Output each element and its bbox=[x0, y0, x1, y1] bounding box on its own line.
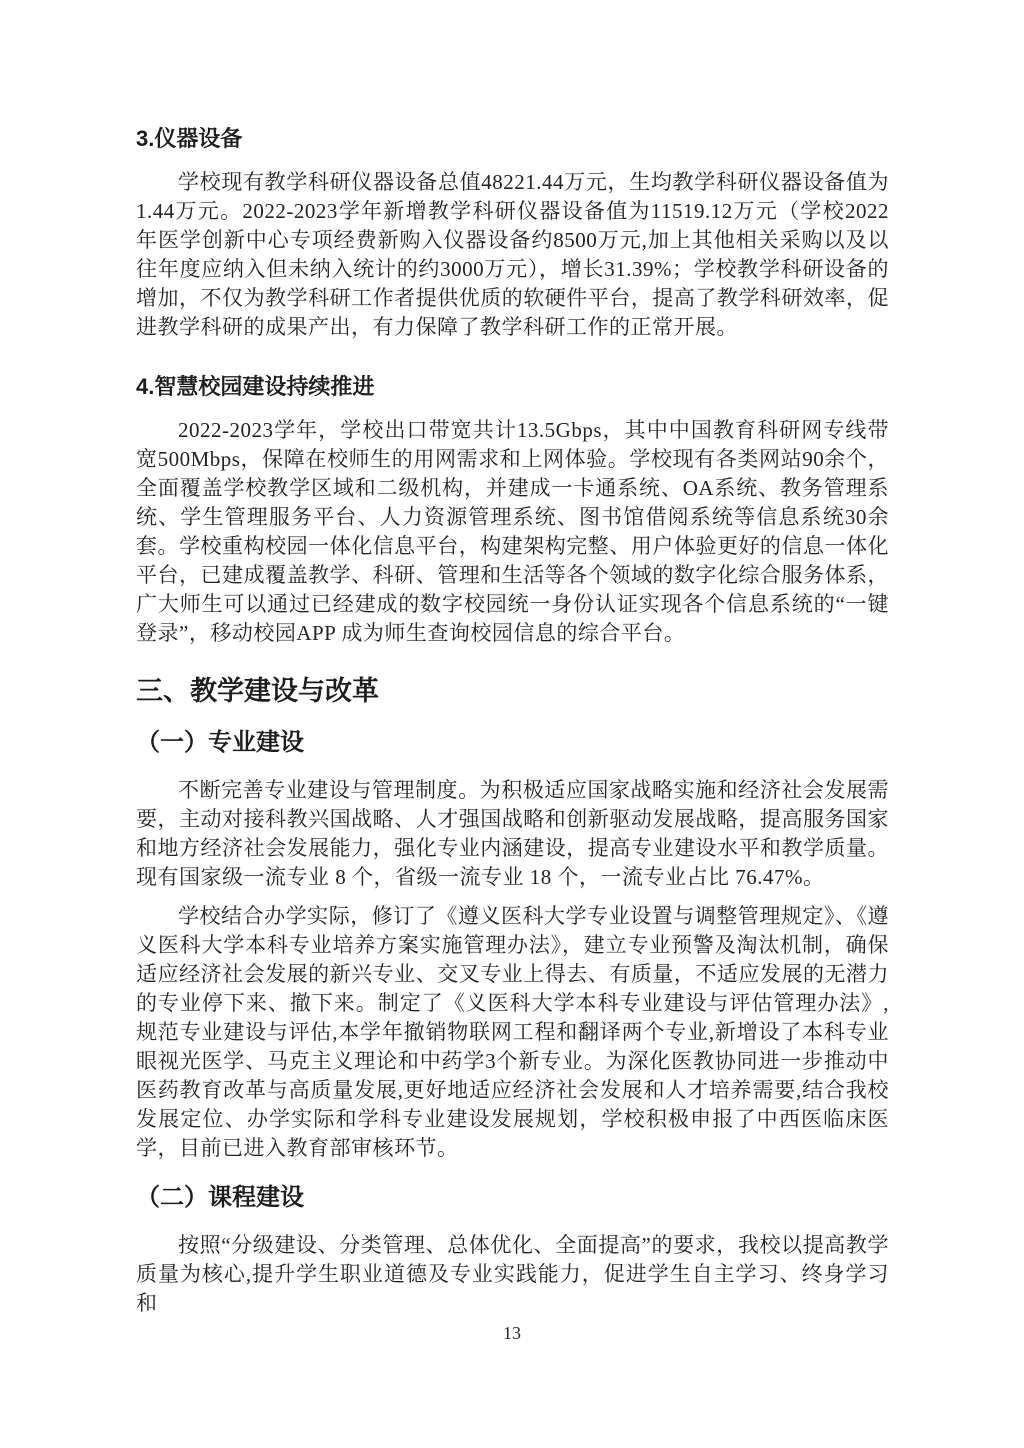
chapter-heading-teaching-construction: 三、教学建设与改革 bbox=[136, 674, 889, 708]
section-heading-instrument-equipment: 3.仪器设备 bbox=[136, 126, 889, 152]
section-heading-smart-campus: 4.智慧校园建设持续推进 bbox=[136, 374, 889, 400]
page-number: 13 bbox=[0, 1322, 1024, 1344]
paragraph-course-construction: 按照“分级建设、分类管理、总体优化、全面提高”的要求，我校以提高教学质量为核心,… bbox=[136, 1231, 889, 1318]
paragraph-major-construction-1: 不断完善专业建设与管理制度。为积极适应国家战略实施和经济社会发展需要，主动对接科… bbox=[136, 776, 889, 892]
page-content: 3.仪器设备 学校现有教学科研仪器设备总值48221.44万元，生均教学科研仪器… bbox=[136, 0, 889, 1328]
document-page: 3.仪器设备 学校现有教学科研仪器设备总值48221.44万元，生均教学科研仪器… bbox=[0, 0, 1024, 1448]
paragraph-instrument-equipment: 学校现有教学科研仪器设备总值48221.44万元，生均教学科研仪器设备值为1.4… bbox=[136, 168, 889, 342]
subsection-heading-course-construction: （二）课程建设 bbox=[136, 1183, 889, 1213]
subsection-heading-major-construction: （一）专业建设 bbox=[136, 728, 889, 758]
paragraph-major-construction-2: 学校结合办学实际，修订了《遵义医科大学专业设置与调整管理规定》、《遵义医科大学本… bbox=[136, 902, 889, 1163]
paragraph-smart-campus: 2022-2023学年，学校出口带宽共计13.5Gbps，其中中国教育科研网专线… bbox=[136, 416, 889, 648]
